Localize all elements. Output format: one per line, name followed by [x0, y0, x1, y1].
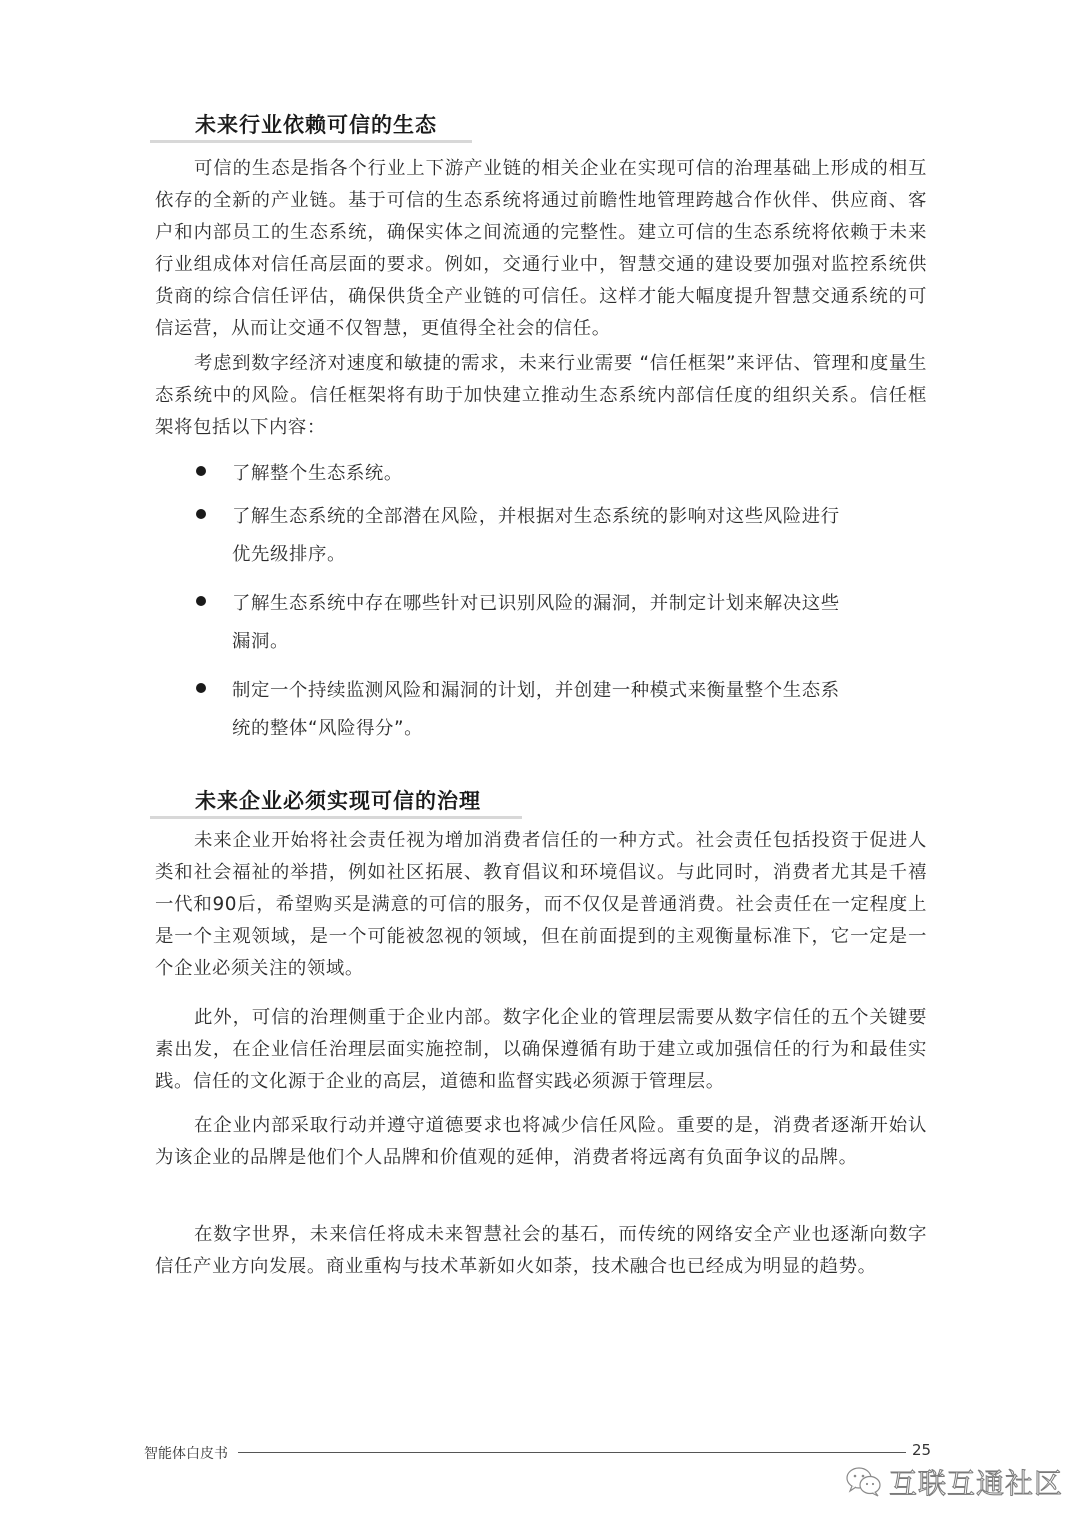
paragraph: 在企业内部采取行动并遵守道德要求也将减少信任风险。重要的是，消费者逐渐开始认为该… [155, 1110, 927, 1174]
bullet-icon [196, 683, 206, 693]
bullet-text: 了解生态系统中存在哪些针对已识别风险的漏洞，并制定计划来解决这些漏洞。 [232, 585, 856, 661]
heading-underline [150, 140, 472, 143]
footer-rule [238, 1452, 906, 1453]
bullet-icon [196, 509, 206, 519]
footer-doc-title: 智能体白皮书 [144, 1443, 228, 1463]
wechat-icon [845, 1465, 883, 1499]
heading-underline [150, 816, 522, 819]
paragraph: 在数字世界，未来信任将成未来智慧社会的基石，而传统的网络安全产业也逐渐向数字信任… [155, 1219, 927, 1283]
watermark-text: 互联互通社区 [889, 1462, 1063, 1502]
page-number: 25 [912, 1441, 931, 1459]
paragraph: 考虑到数字经济对速度和敏捷的需求，未来行业需要 “信任框架”来评估、管理和度量生… [155, 348, 927, 444]
paragraph: 未来企业开始将社会责任视为增加消费者信任的一种方式。社会责任包括投资于促进人类和… [155, 825, 927, 985]
bullet-item: 了解整个生态系统。 [196, 455, 856, 493]
paragraph: 此外，可信的治理侧重于企业内部。数字化企业的管理层需要从数字信任的五个关键要素出… [155, 1002, 927, 1098]
bullet-item: 了解生态系统的全部潜在风险，并根据对生态系统的影响对这些风险进行优先级排序。 [196, 498, 856, 574]
bullet-icon [196, 466, 206, 476]
bullet-text: 了解生态系统的全部潜在风险，并根据对生态系统的影响对这些风险进行优先级排序。 [232, 498, 856, 574]
section-heading: 未来企业必须实现可信的治理 [195, 785, 481, 815]
bullet-item: 制定一个持续监测风险和漏洞的计划，并创建一种模式来衡量整个生态系统的整体“风险得… [196, 672, 856, 748]
watermark: 互联互通社区 [845, 1462, 1063, 1502]
bullet-text: 制定一个持续监测风险和漏洞的计划，并创建一种模式来衡量整个生态系统的整体“风险得… [232, 672, 856, 748]
bullet-icon [196, 596, 206, 606]
paragraph: 可信的生态是指各个行业上下游产业链的相关企业在实现可信的治理基础上形成的相互依存… [155, 153, 927, 345]
bullet-text: 了解整个生态系统。 [232, 455, 856, 493]
section-heading: 未来行业依赖可信的生态 [195, 109, 437, 139]
bullet-item: 了解生态系统中存在哪些针对已识别风险的漏洞，并制定计划来解决这些漏洞。 [196, 585, 856, 661]
